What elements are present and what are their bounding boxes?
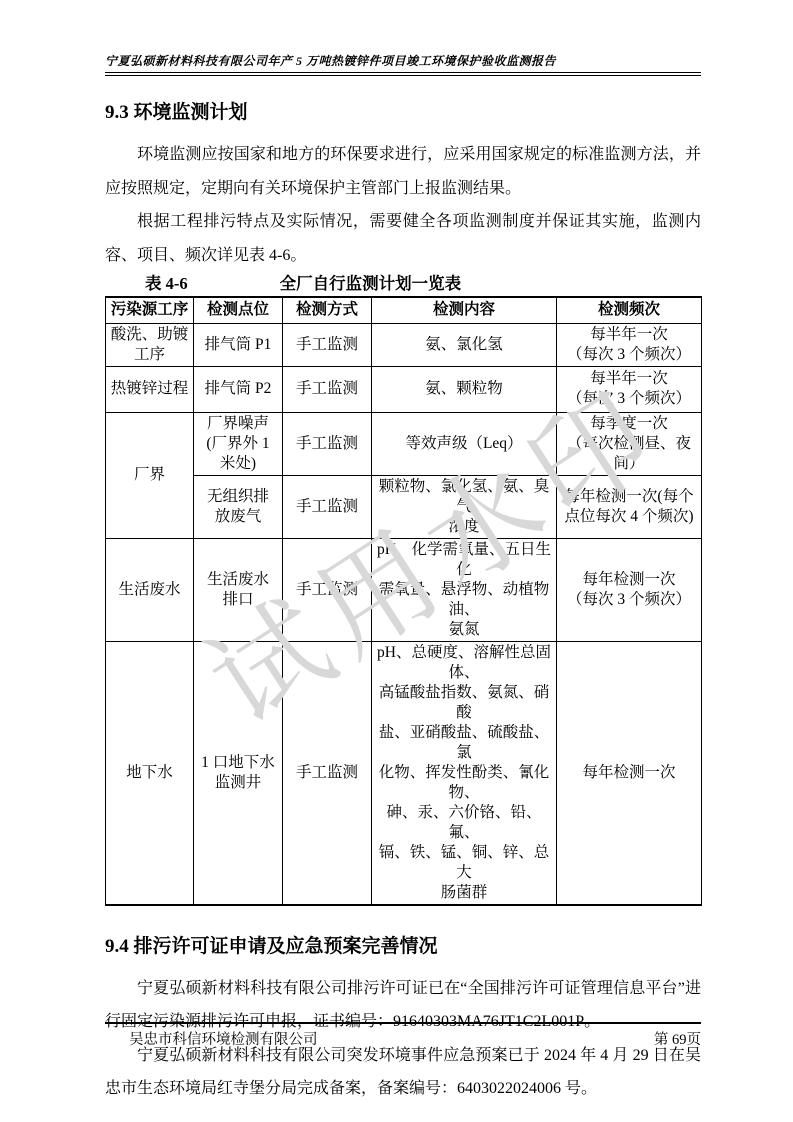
cell-point: 排气筒 P2 [194, 366, 283, 412]
cell-content: pH、化学需氧量、五日生化 需氧量、悬浮物、动植物油、 氨氮 [372, 538, 557, 641]
table-caption-label: 表 4-6 [145, 272, 188, 296]
report-page: 宁夏弘硕新材料科技有限公司年产 5 万吨热镀锌件项目竣工环境保护验收监测报告 9… [0, 0, 793, 1122]
table-row: 酸洗、助镀 工序 排气筒 P1 手工监测 氨、氯化氢 每半年一次 （每次 3 个… [106, 323, 702, 366]
cell-source: 酸洗、助镀 工序 [106, 323, 194, 366]
table-row: 厂界 厂界噪声 (厂界外 1 米处) 手工监测 等效声级（Leq） 每季度一次 … [106, 412, 702, 475]
paragraph: 环境监测应按国家和地方的环保要求进行，应采用国家规定的标准监测方法，并应按照规定… [105, 138, 701, 205]
column-header-method: 检测方式 [283, 297, 372, 323]
column-header-content: 检测内容 [372, 297, 557, 323]
cell-method: 手工监测 [283, 475, 372, 538]
cell-content: 氨、颗粒物 [372, 366, 557, 412]
section-heading-9-3: 9.3 环境监测计划 [105, 100, 701, 125]
footer-page-number: 第 69页 [654, 1028, 701, 1049]
cell-point: 生活废水 排口 [194, 538, 283, 641]
cell-point: 厂界噪声 (厂界外 1 米处) [194, 412, 283, 475]
header-divider [105, 72, 701, 76]
cell-source: 生活废水 [106, 538, 194, 641]
cell-method: 手工监测 [283, 366, 372, 412]
cell-method: 手工监测 [283, 323, 372, 366]
column-header-source: 污染源工序 [106, 297, 194, 323]
page-content: 9.3 环境监测计划 环境监测应按国家和地方的环保要求进行，应采用国家规定的标准… [105, 100, 701, 1106]
column-header-frequency: 检测频次 [557, 297, 702, 323]
table-row: 热镀锌过程 排气筒 P2 手工监测 氨、颗粒物 每半年一次 （每次 3 个频次） [106, 366, 702, 412]
table-row: 无组织排 放废气 手工监测 颗粒物、氯化氢、氨、臭气 浓度 每年检测一次(每个 … [106, 475, 702, 538]
cell-point: 无组织排 放废气 [194, 475, 283, 538]
cell-source: 厂界 [106, 412, 194, 538]
table-row: 地下水 1 口地下水 监测井 手工监测 pH、总硬度、溶解性总固体、 高锰酸盐指… [106, 641, 702, 905]
cell-point: 1 口地下水 监测井 [194, 641, 283, 905]
footer-company-name: 吴忠市科信环境检测有限公司 [129, 1028, 318, 1049]
cell-content: 颗粒物、氯化氢、氨、臭气 浓度 [372, 475, 557, 538]
page-header-title: 宁夏弘硕新材料科技有限公司年产 5 万吨热镀锌件项目竣工环境保护验收监测报告 [105, 52, 701, 69]
paragraph: 根据工程排污特点及实际情况，需要健全各项监测制度并保证其实施，监测内容、项目、频… [105, 205, 701, 272]
cell-content: pH、总硬度、溶解性总固体、 高锰酸盐指数、氨氮、硝酸 盐、亚硝酸盐、硫酸盐、氯… [372, 641, 557, 905]
cell-frequency: 每年检测一次 （每次 3 个频次） [557, 538, 702, 641]
cell-method: 手工监测 [283, 412, 372, 475]
table-header-row: 污染源工序 检测点位 检测方式 检测内容 检测频次 [106, 297, 702, 323]
cell-source: 地下水 [106, 641, 194, 905]
table-caption: 表 4-6 全厂自行监测计划一览表 [105, 272, 701, 296]
cell-content: 氨、氯化氢 [372, 323, 557, 366]
cell-method: 手工监测 [283, 641, 372, 905]
monitoring-plan-table: 污染源工序 检测点位 检测方式 检测内容 检测频次 酸洗、助镀 工序 排气筒 P… [105, 296, 702, 906]
cell-frequency: 每年检测一次 [557, 641, 702, 905]
cell-frequency: 每季度一次 （每次检测昼、夜 间） [557, 412, 702, 475]
cell-method: 手工监测 [283, 538, 372, 641]
cell-frequency: 每半年一次 （每次 3 个频次） [557, 323, 702, 366]
page-header: 宁夏弘硕新材料科技有限公司年产 5 万吨热镀锌件项目竣工环境保护验收监测报告 [105, 52, 701, 76]
page-footer: 吴忠市科信环境检测有限公司 第 69页 [105, 1022, 701, 1049]
table-row: 生活废水 生活废水 排口 手工监测 pH、化学需氧量、五日生化 需氧量、悬浮物、… [106, 538, 702, 641]
cell-frequency: 每年检测一次(每个 点位每次 4 个频次) [557, 475, 702, 538]
cell-source: 热镀锌过程 [106, 366, 194, 412]
column-header-point: 检测点位 [194, 297, 283, 323]
table-caption-title: 全厂自行监测计划一览表 [280, 272, 462, 296]
cell-frequency: 每半年一次 （每次 3 个频次） [557, 366, 702, 412]
section-9-3-paragraphs: 环境监测应按国家和地方的环保要求进行，应采用国家规定的标准监测方法，并应按照规定… [105, 138, 701, 272]
section-heading-9-4: 9.4 排污许可证申请及应急预案完善情况 [105, 934, 701, 959]
cell-point: 排气筒 P1 [194, 323, 283, 366]
cell-content: 等效声级（Leq） [372, 412, 557, 475]
